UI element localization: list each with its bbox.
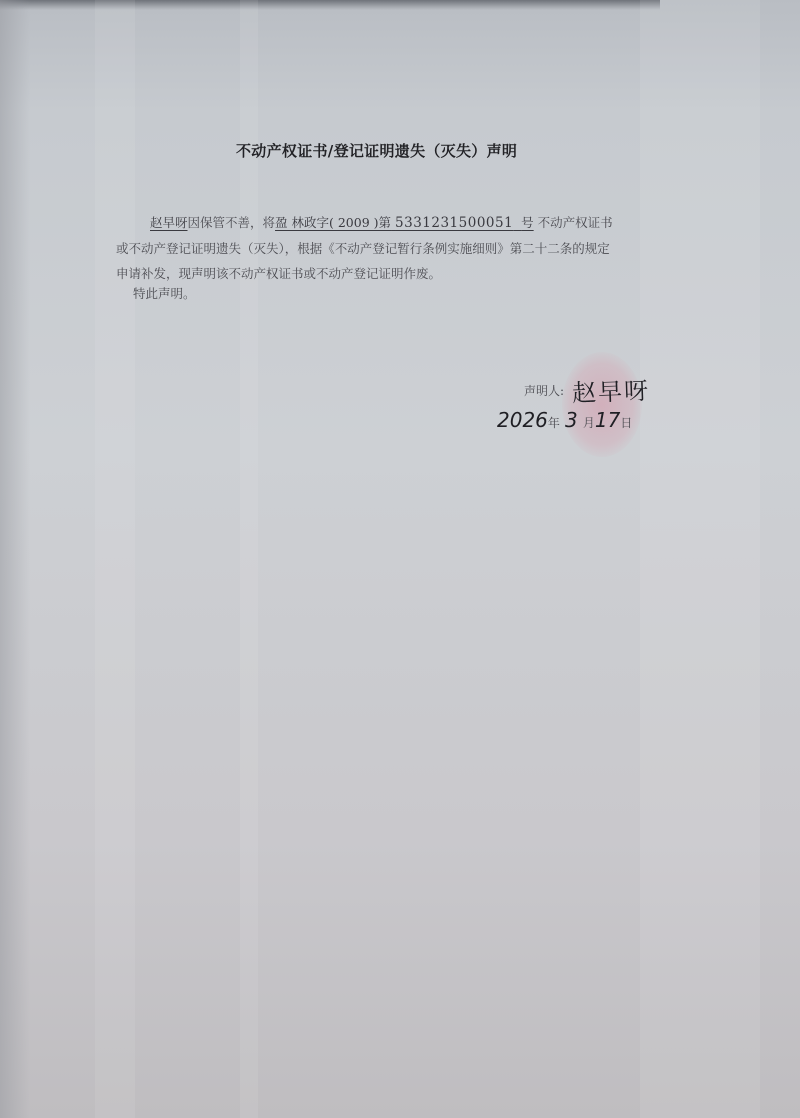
- document-title: 不动产权证书/登记证明遗失（灭失）声明: [236, 140, 576, 161]
- paragraph-line-1: 赵早呀因保管不善，将盈 林政字( 2009 )第 5331231500051 号…: [116, 210, 716, 236]
- date-day: 17: [595, 408, 620, 432]
- page-left-edge: [0, 0, 30, 1118]
- intro-text: 因保管不善，将: [188, 215, 276, 230]
- date-month: 3: [565, 408, 578, 432]
- paragraph-line-2: 或不动产登记证明遗失（灭失），根据《不动产登记暂行条例实施细则》第二十二条的规定: [116, 236, 716, 261]
- paper-streak: [240, 0, 258, 1118]
- certificate-suffix: 号: [521, 215, 534, 230]
- owner-name: 赵早呀: [150, 215, 188, 230]
- declarant-label: 声明人:: [524, 382, 564, 399]
- date-year: 2026: [497, 408, 548, 432]
- declaration-paragraph: 赵早呀因保管不善，将盈 林政字( 2009 )第 5331231500051 号…: [116, 210, 716, 286]
- certificate-reference: 盈 林政字( 2009 )第 5331231500051 号: [275, 215, 534, 230]
- certificate-prefix: 盈 林政字( 2009 )第: [275, 215, 391, 230]
- year-unit: 年: [548, 416, 560, 430]
- paragraph-line-3: 申请补发，现声明该不动产权证书或不动产登记证明作废。: [116, 261, 716, 286]
- line1-tail: 不动产权证书: [538, 215, 613, 230]
- month-unit: 月: [583, 416, 595, 430]
- paper-streak: [95, 0, 135, 1118]
- closing-statement: 特此声明。: [133, 284, 196, 302]
- day-unit: 日: [620, 416, 632, 430]
- handwritten-signature: 赵早呀: [571, 371, 650, 409]
- certificate-number: 5331231500051: [395, 215, 513, 231]
- signature-date: 2026年 3 月17日: [497, 408, 632, 432]
- paper-streak: [640, 0, 760, 1118]
